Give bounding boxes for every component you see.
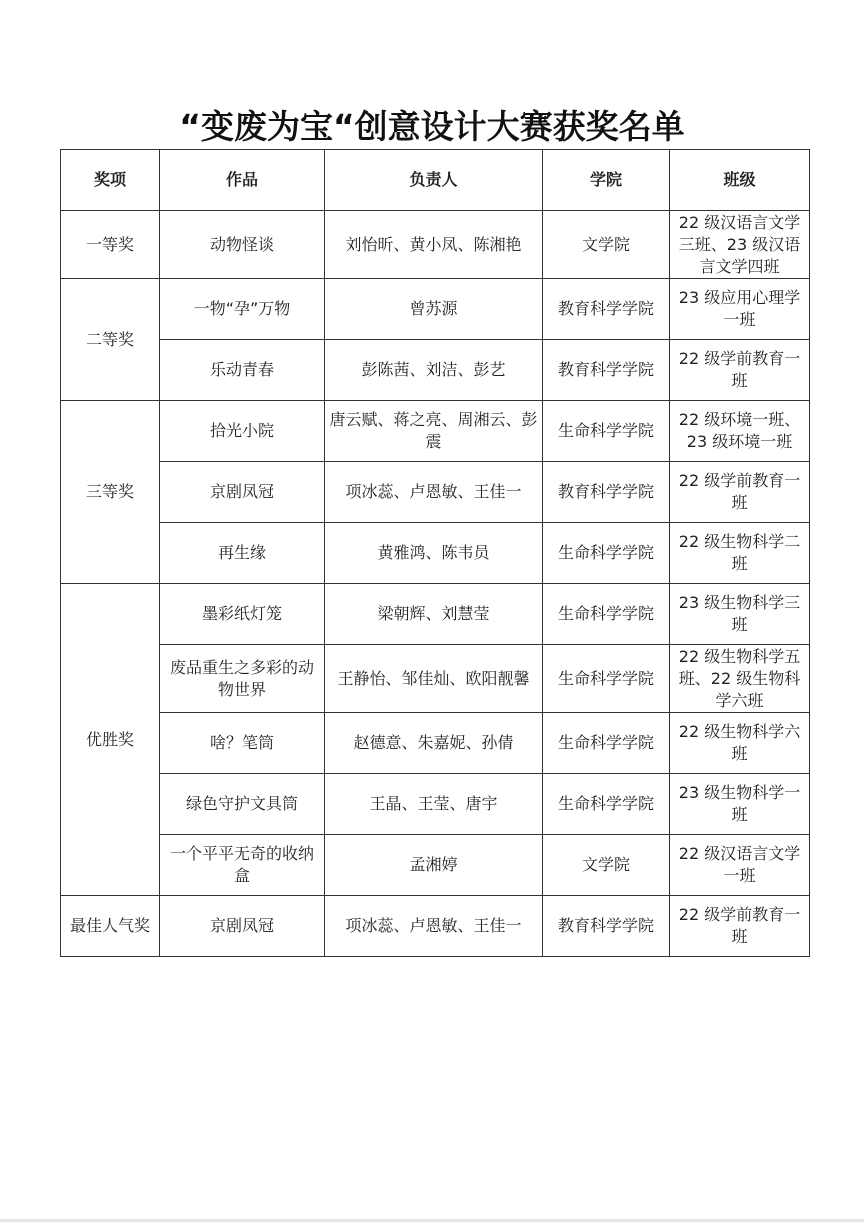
leaders-cell: 曾苏源 xyxy=(325,279,543,340)
class-cell: 22 级汉语言文学一班 xyxy=(670,835,810,896)
leaders-cell: 赵德意、朱嘉妮、孙倩 xyxy=(325,713,543,774)
college-cell: 生命科学学院 xyxy=(543,713,670,774)
table-row: 绿色守护文具筒 王晶、王莹、唐宇 生命科学学院 23 级生物科学一班 xyxy=(61,774,810,835)
work-cell: 一物“孕”万物 xyxy=(160,279,325,340)
awards-table: 奖项 作品 负责人 学院 班级 一等奖 动物怪谈 刘怡昕、黄小凤、陈湘艳 文学院… xyxy=(60,149,810,957)
table-row: 京剧凤冠 项冰蕊、卢恩敏、王佳一 教育科学学院 22 级学前教育一班 xyxy=(61,462,810,523)
work-cell: 一个平平无奇的收纳盒 xyxy=(160,835,325,896)
college-cell: 生命科学学院 xyxy=(543,401,670,462)
table-row: 最佳人气奖 京剧凤冠 项冰蕊、卢恩敏、王佳一 教育科学学院 22 级学前教育一班 xyxy=(61,896,810,957)
class-cell: 22 级生物科学二班 xyxy=(670,523,810,584)
table-row: 乐动青春 彭陈茜、刘洁、彭艺 教育科学学院 22 级学前教育一班 xyxy=(61,340,810,401)
college-cell: 生命科学学院 xyxy=(543,523,670,584)
table-row: 一个平平无奇的收纳盒 孟湘婷 文学院 22 级汉语言文学一班 xyxy=(61,835,810,896)
header-work: 作品 xyxy=(160,150,325,211)
leaders-cell: 王晶、王莹、唐宇 xyxy=(325,774,543,835)
work-cell: 废品重生之多彩的动物世界 xyxy=(160,645,325,713)
college-cell: 教育科学学院 xyxy=(543,279,670,340)
leaders-cell: 黄雅鸿、陈韦员 xyxy=(325,523,543,584)
table-row: 废品重生之多彩的动物世界 王静怡、邹佳灿、欧阳靓馨 生命科学学院 22 级生物科… xyxy=(61,645,810,713)
college-cell: 教育科学学院 xyxy=(543,340,670,401)
class-cell: 22 级学前教育一班 xyxy=(670,462,810,523)
college-cell: 文学院 xyxy=(543,835,670,896)
work-cell: 绿色守护文具筒 xyxy=(160,774,325,835)
table-row: 二等奖 一物“孕”万物 曾苏源 教育科学学院 23 级应用心理学一班 xyxy=(61,279,810,340)
leaders-cell: 孟湘婷 xyxy=(325,835,543,896)
award-cell: 一等奖 xyxy=(61,211,160,279)
leaders-cell: 梁朝辉、刘慧莹 xyxy=(325,584,543,645)
class-cell: 22 级生物科学五班、22 级生物科学六班 xyxy=(670,645,810,713)
award-cell: 最佳人气奖 xyxy=(61,896,160,957)
work-cell: 墨彩纸灯笼 xyxy=(160,584,325,645)
college-cell: 教育科学学院 xyxy=(543,896,670,957)
class-cell: 22 级汉语言文学三班、23 级汉语言文学四班 xyxy=(670,211,810,279)
work-cell: 再生缘 xyxy=(160,523,325,584)
leaders-cell: 王静怡、邹佳灿、欧阳靓馨 xyxy=(325,645,543,713)
header-award: 奖项 xyxy=(61,150,160,211)
work-cell: 乐动青春 xyxy=(160,340,325,401)
class-cell: 22 级学前教育一班 xyxy=(670,896,810,957)
header-leaders: 负责人 xyxy=(325,150,543,211)
leaders-cell: 唐云赋、蒋之亮、周湘云、彭震 xyxy=(325,401,543,462)
work-cell: 拾光小院 xyxy=(160,401,325,462)
header-class: 班级 xyxy=(670,150,810,211)
class-cell: 23 级生物科学三班 xyxy=(670,584,810,645)
work-cell: 啥？笔筒 xyxy=(160,713,325,774)
table-row: 一等奖 动物怪谈 刘怡昕、黄小凤、陈湘艳 文学院 22 级汉语言文学三班、23 … xyxy=(61,211,810,279)
table-row: 优胜奖 墨彩纸灯笼 梁朝辉、刘慧莹 生命科学学院 23 级生物科学三班 xyxy=(61,584,810,645)
college-cell: 生命科学学院 xyxy=(543,774,670,835)
class-cell: 22 级环境一班、23 级环境一班 xyxy=(670,401,810,462)
leaders-cell: 刘怡昕、黄小凤、陈湘艳 xyxy=(325,211,543,279)
table-header-row: 奖项 作品 负责人 学院 班级 xyxy=(61,150,810,211)
college-cell: 生命科学学院 xyxy=(543,645,670,713)
work-cell: 动物怪谈 xyxy=(160,211,325,279)
table-row: 啥？笔筒 赵德意、朱嘉妮、孙倩 生命科学学院 22 级生物科学六班 xyxy=(61,713,810,774)
award-cell: 优胜奖 xyxy=(61,584,160,896)
award-cell: 二等奖 xyxy=(61,279,160,401)
leaders-cell: 项冰蕊、卢恩敏、王佳一 xyxy=(325,896,543,957)
leaders-cell: 项冰蕊、卢恩敏、王佳一 xyxy=(325,462,543,523)
work-cell: 京剧凤冠 xyxy=(160,896,325,957)
college-cell: 文学院 xyxy=(543,211,670,279)
table-row: 再生缘 黄雅鸿、陈韦员 生命科学学院 22 级生物科学二班 xyxy=(61,523,810,584)
header-college: 学院 xyxy=(543,150,670,211)
award-cell: 三等奖 xyxy=(61,401,160,584)
class-cell: 23 级应用心理学一班 xyxy=(670,279,810,340)
class-cell: 22 级生物科学六班 xyxy=(670,713,810,774)
class-cell: 23 级生物科学一班 xyxy=(670,774,810,835)
work-cell: 京剧凤冠 xyxy=(160,462,325,523)
college-cell: 生命科学学院 xyxy=(543,584,670,645)
college-cell: 教育科学学院 xyxy=(543,462,670,523)
leaders-cell: 彭陈茜、刘洁、彭艺 xyxy=(325,340,543,401)
class-cell: 22 级学前教育一班 xyxy=(670,340,810,401)
table-row: 三等奖 拾光小院 唐云赋、蒋之亮、周湘云、彭震 生命科学学院 22 级环境一班、… xyxy=(61,401,810,462)
page-title: “变废为宝“创意设计大赛获奖名单 xyxy=(0,104,864,150)
